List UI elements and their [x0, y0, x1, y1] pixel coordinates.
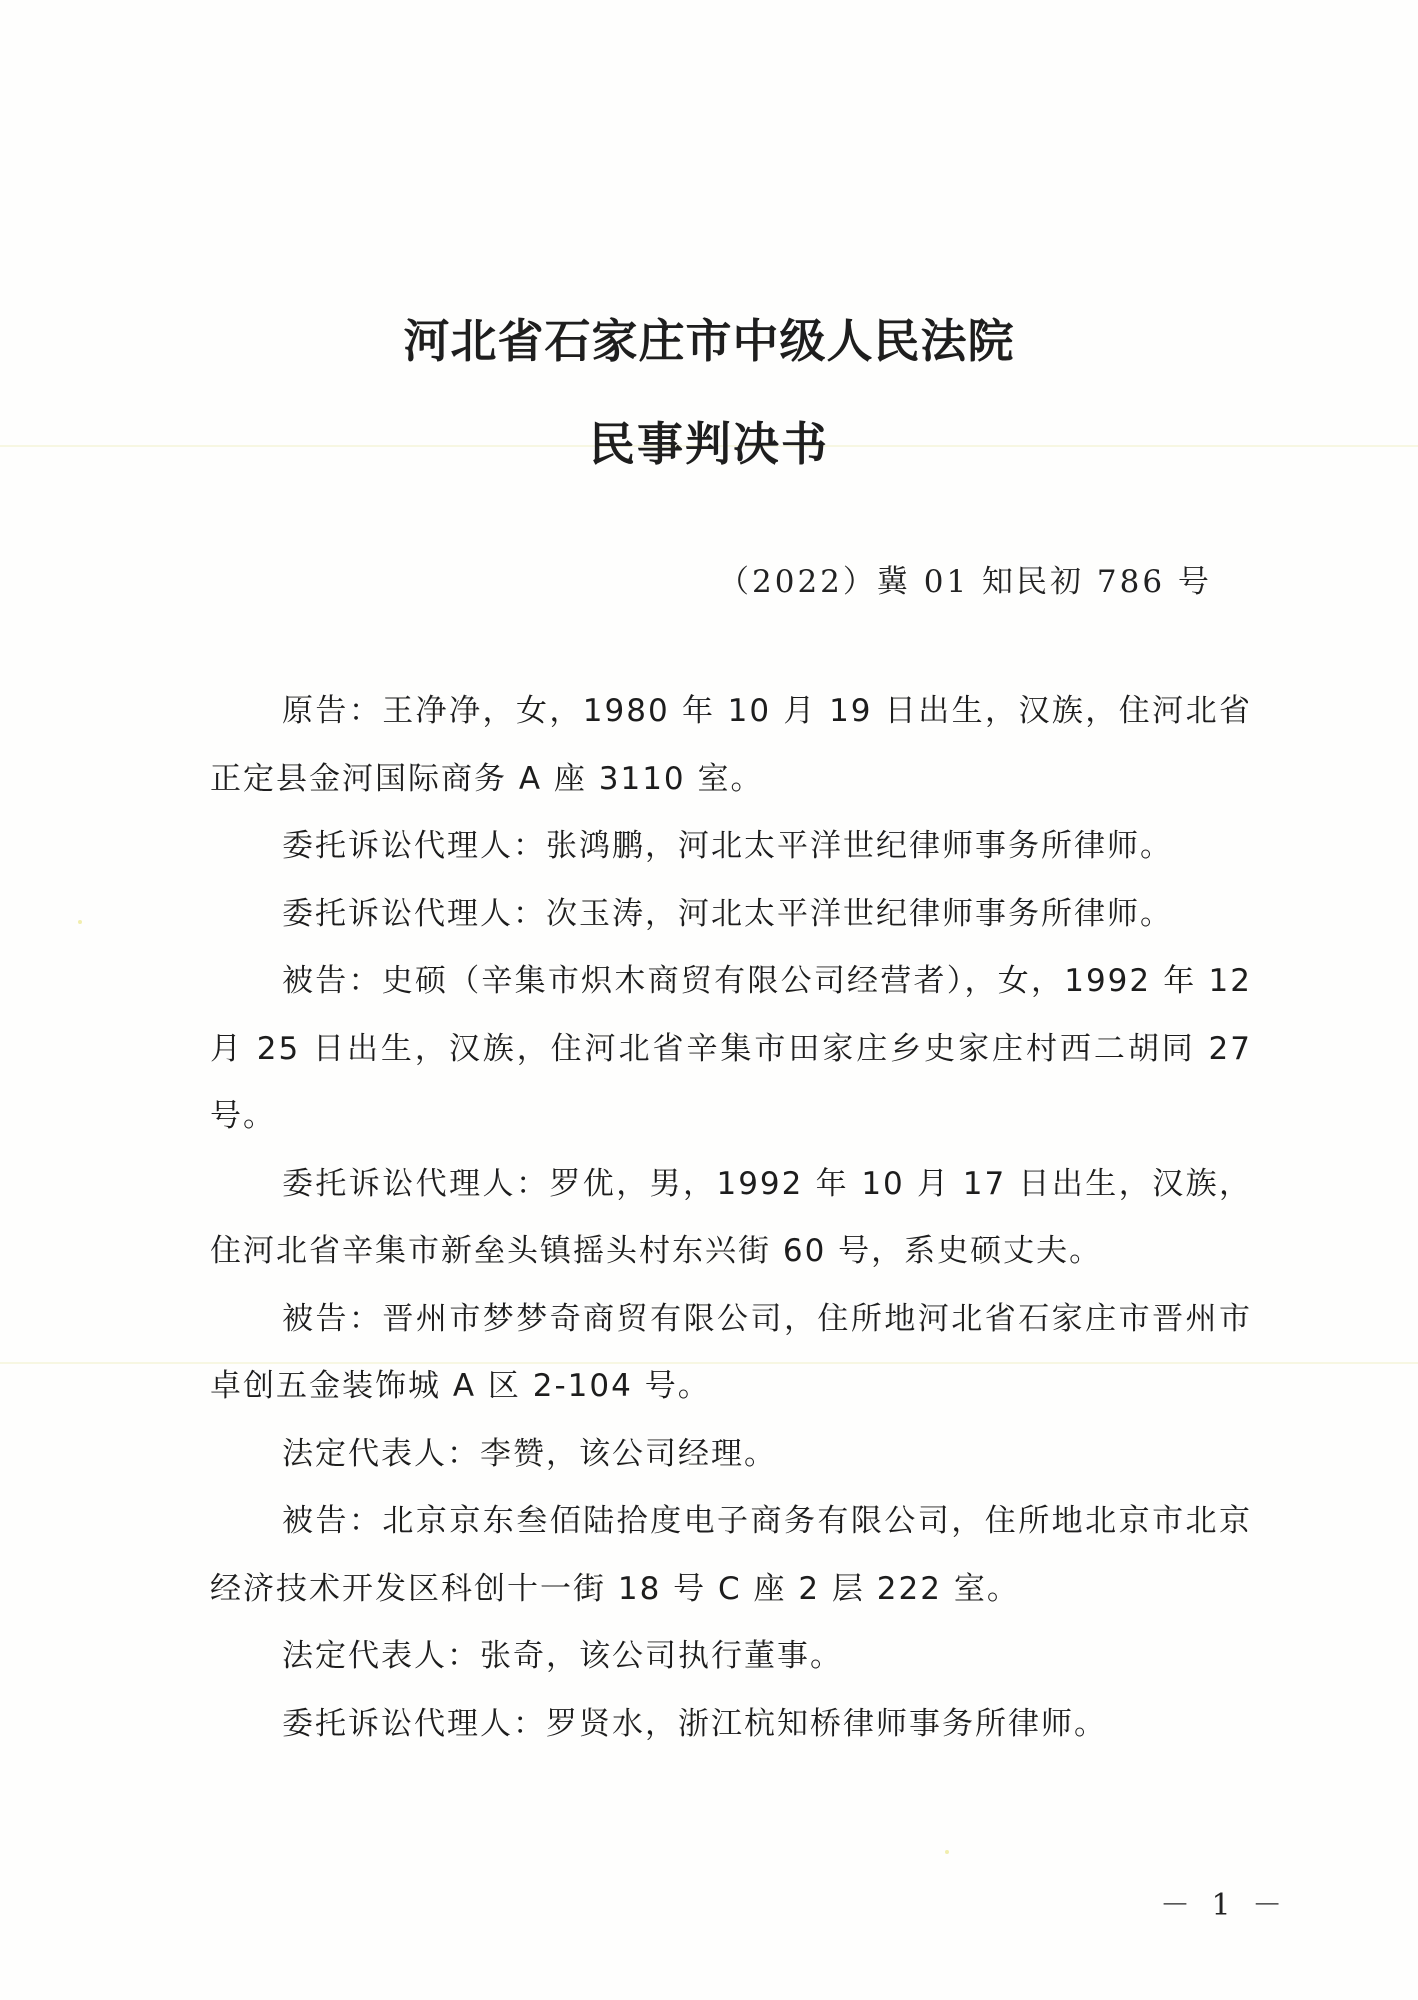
legal-representative-paragraph: 法定代表人：李赞，该公司经理。 [210, 1421, 1252, 1489]
case-number: （2022）冀 01 知民初 786 号 [718, 556, 1212, 601]
scan-artifact-dot [78, 920, 82, 924]
plaintiff-agent-paragraph: 委托诉讼代理人：张鸿鹏，河北太平洋世纪律师事务所律师。 [210, 813, 1252, 881]
document-type-heading: 民事判决书 [0, 408, 1418, 474]
defendant-paragraph: 被告：晋州市梦梦奇商贸有限公司，住所地河北省石家庄市晋州市卓创五金装饰城 A 区… [210, 1286, 1252, 1421]
defendant-paragraph: 被告：北京京东叁佰陆拾度电子商务有限公司，住所地北京市北京经济技术开发区科创十一… [210, 1488, 1252, 1623]
plaintiff-paragraph: 原告：王净净，女，1980 年 10 月 19 日出生，汉族，住河北省正定县金河… [210, 678, 1252, 813]
legal-representative-paragraph: 法定代表人：张奇，该公司执行董事。 [210, 1623, 1252, 1691]
page-number: － 1 － [1160, 1880, 1288, 1924]
defendant-paragraph: 被告：史硕（辛集市炽木商贸有限公司经营者），女，1992 年 12 月 25 日… [210, 948, 1252, 1151]
defendant-agent-paragraph: 委托诉讼代理人：罗贤水，浙江杭知桥律师事务所律师。 [210, 1691, 1252, 1759]
scan-artifact-dot [945, 1850, 949, 1854]
defendant-agent-paragraph: 委托诉讼代理人：罗优，男，1992 年 10 月 17 日出生，汉族，住河北省辛… [210, 1151, 1252, 1286]
court-name-heading: 河北省石家庄市中级人民法院 [0, 305, 1418, 371]
plaintiff-agent-paragraph: 委托诉讼代理人：次玉涛，河北太平洋世纪律师事务所律师。 [210, 881, 1252, 949]
document-page: 河北省石家庄市中级人民法院 民事判决书 （2022）冀 01 知民初 786 号… [0, 0, 1418, 2000]
parties-section: 原告：王净净，女，1980 年 10 月 19 日出生，汉族，住河北省正定县金河… [210, 678, 1252, 1758]
